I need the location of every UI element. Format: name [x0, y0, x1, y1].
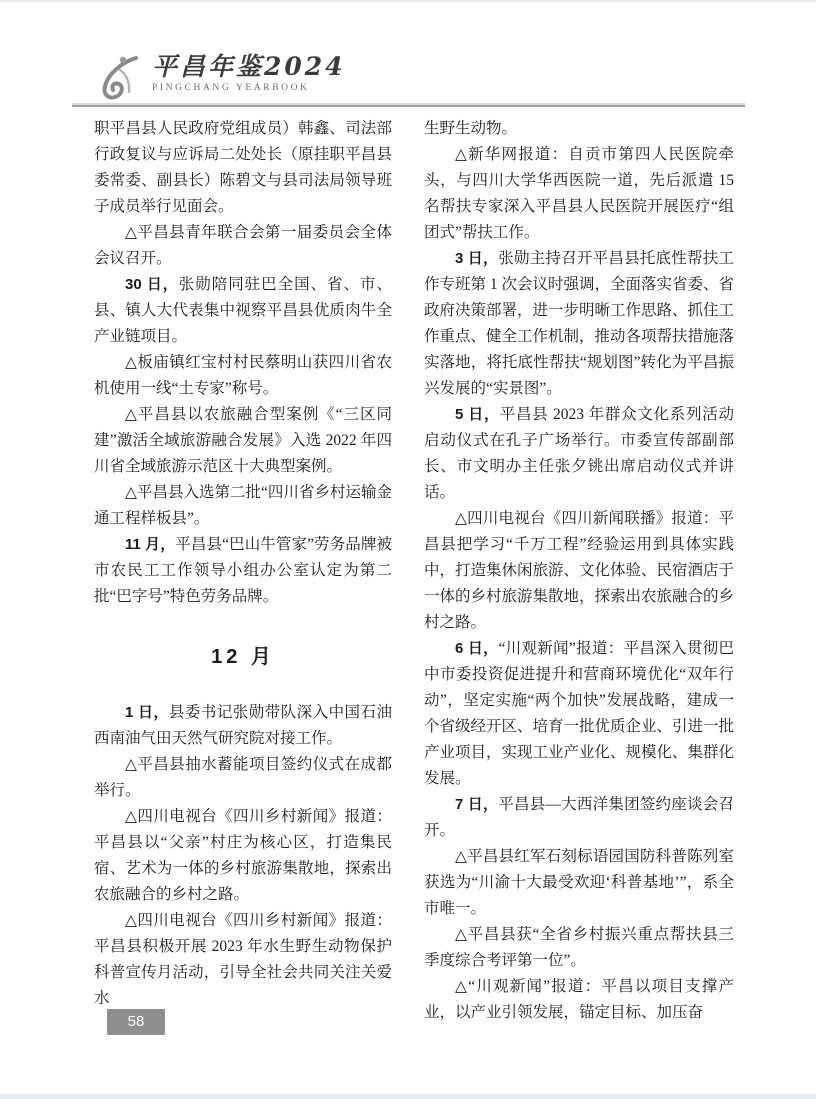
- page-top-edge: [0, 0, 816, 2]
- paragraph-entry: 7 日，平昌县—大西洋集团签约座谈会召开。: [424, 792, 734, 844]
- paragraph-entry: △平昌县获“全省乡村振兴重点帮扶县三季度综合考评第一位”。: [424, 922, 734, 974]
- paragraph-entry: △板庙镇红宝村村民蔡明山获四川省农机使用一线“土专家”称号。: [94, 350, 392, 402]
- paragraph-entry: △四川电视台《四川乡村新闻》报道：平昌县积极开展 2023 年水生野生动物保护科…: [94, 908, 392, 1012]
- paragraph-entry: △新华网报道：自贡市第四人民医院牵头，与四川大学华西医院一道，先后派遣 15 名…: [424, 142, 734, 246]
- page-header: 平昌年鉴2024 PINGCHANG YEARBOOK: [96, 50, 744, 110]
- section-heading-month: 12 月: [94, 644, 392, 670]
- right-column: 生野生动物。△新华网报道：自贡市第四人民医院牵头，与四川大学华西医院一道，先后派…: [424, 116, 734, 1026]
- page-bottom-edge: [0, 1094, 816, 1099]
- paragraph-entry: 1 日，县委书记张勋带队深入中国石油西南油气田天然气研究院对接工作。: [94, 700, 392, 752]
- yearbook-page: 平昌年鉴2024 PINGCHANG YEARBOOK 职平昌县人民政府党组成员…: [0, 0, 816, 1099]
- paragraph-entry: △平昌县抽水蓄能项目签约仪式在成都举行。: [94, 752, 392, 804]
- header-divider-rule: [72, 105, 745, 107]
- paragraph-entry: 3 日，张勋主持召开平昌县托底性帮扶工作专班第 1 次会议时强调，全面落实省委、…: [424, 246, 734, 402]
- paragraph-continuation: 职平昌县人民政府党组成员）韩鑫、司法部行政复议与应诉局二处处长（原挂职平昌县委常…: [94, 116, 392, 220]
- yearbook-subtitle: PINGCHANG YEARBOOK: [152, 83, 346, 93]
- entry-date: 11 月，: [125, 536, 175, 553]
- paragraph-entry: △平昌县入选第二批“四川省乡村运输金通工程样板县”。: [94, 480, 392, 532]
- paragraph-entry: 6 日，“川观新闻”报道：平昌深入贯彻巴中市委投资促进提升和营商环境优化“双年行…: [424, 636, 734, 792]
- entry-date: 6 日，: [455, 640, 498, 657]
- paragraph-continuation: 生野生动物。: [424, 116, 734, 142]
- entry-date: 7 日，: [455, 796, 498, 813]
- brand-block: 平昌年鉴2024 PINGCHANG YEARBOOK: [152, 54, 346, 93]
- entry-date: 5 日，: [455, 406, 500, 423]
- left-column: 职平昌县人民政府党组成员）韩鑫、司法部行政复议与应诉局二处处长（原挂职平昌县委常…: [94, 116, 392, 1026]
- paragraph-entry: △平昌县以农旅融合型案例《“三区同建”激活全域旅游融合发展》入选 2022 年四…: [94, 402, 392, 480]
- yearbook-logo-icon: [96, 52, 144, 104]
- paragraph-entry: △平昌县青年联合会第一届委员会全体会议召开。: [94, 220, 392, 272]
- paragraph-entry: △平昌县红军石刻标语园国防科普陈列室获选为“川渝十大最受欢迎‘科普基地’”，系全…: [424, 844, 734, 922]
- paragraph-entry: 5 日，平昌县 2023 年群众文化系列活动启动仪式在孔子广场举行。市委宣传部副…: [424, 402, 734, 506]
- yearbook-title: 平昌年鉴2024: [152, 54, 346, 80]
- paragraph-entry: 30 日，张勋陪同驻巴全国、省、市、县、镇人大代表集中视察平昌县优质肉牛全产业链…: [94, 272, 392, 350]
- entry-date: 3 日，: [455, 250, 498, 267]
- page-number-badge: 58: [107, 1009, 165, 1035]
- two-column-text: 职平昌县人民政府党组成员）韩鑫、司法部行政复议与应诉局二处处长（原挂职平昌县委常…: [94, 116, 734, 1026]
- paragraph-entry: △四川电视台《四川新闻联播》报道：平昌县把学习“千万工程”经验运用到具体实践中，…: [424, 506, 734, 636]
- entry-date: 30 日，: [125, 276, 179, 293]
- entry-date: 1 日，: [125, 704, 169, 721]
- paragraph-entry: 11 月，平昌县“巴山牛管家”劳务品牌被市农民工工作领导小组办公室认定为第二批“…: [94, 532, 392, 610]
- paragraph-entry: △“川观新闻”报道：平昌以项目支撑产业，以产业引领发展，锚定目标、加压奋: [424, 974, 734, 1026]
- paragraph-entry: △四川电视台《四川乡村新闻》报道：平昌县以“父亲”村庄为核心区，打造集民宿、艺术…: [94, 804, 392, 908]
